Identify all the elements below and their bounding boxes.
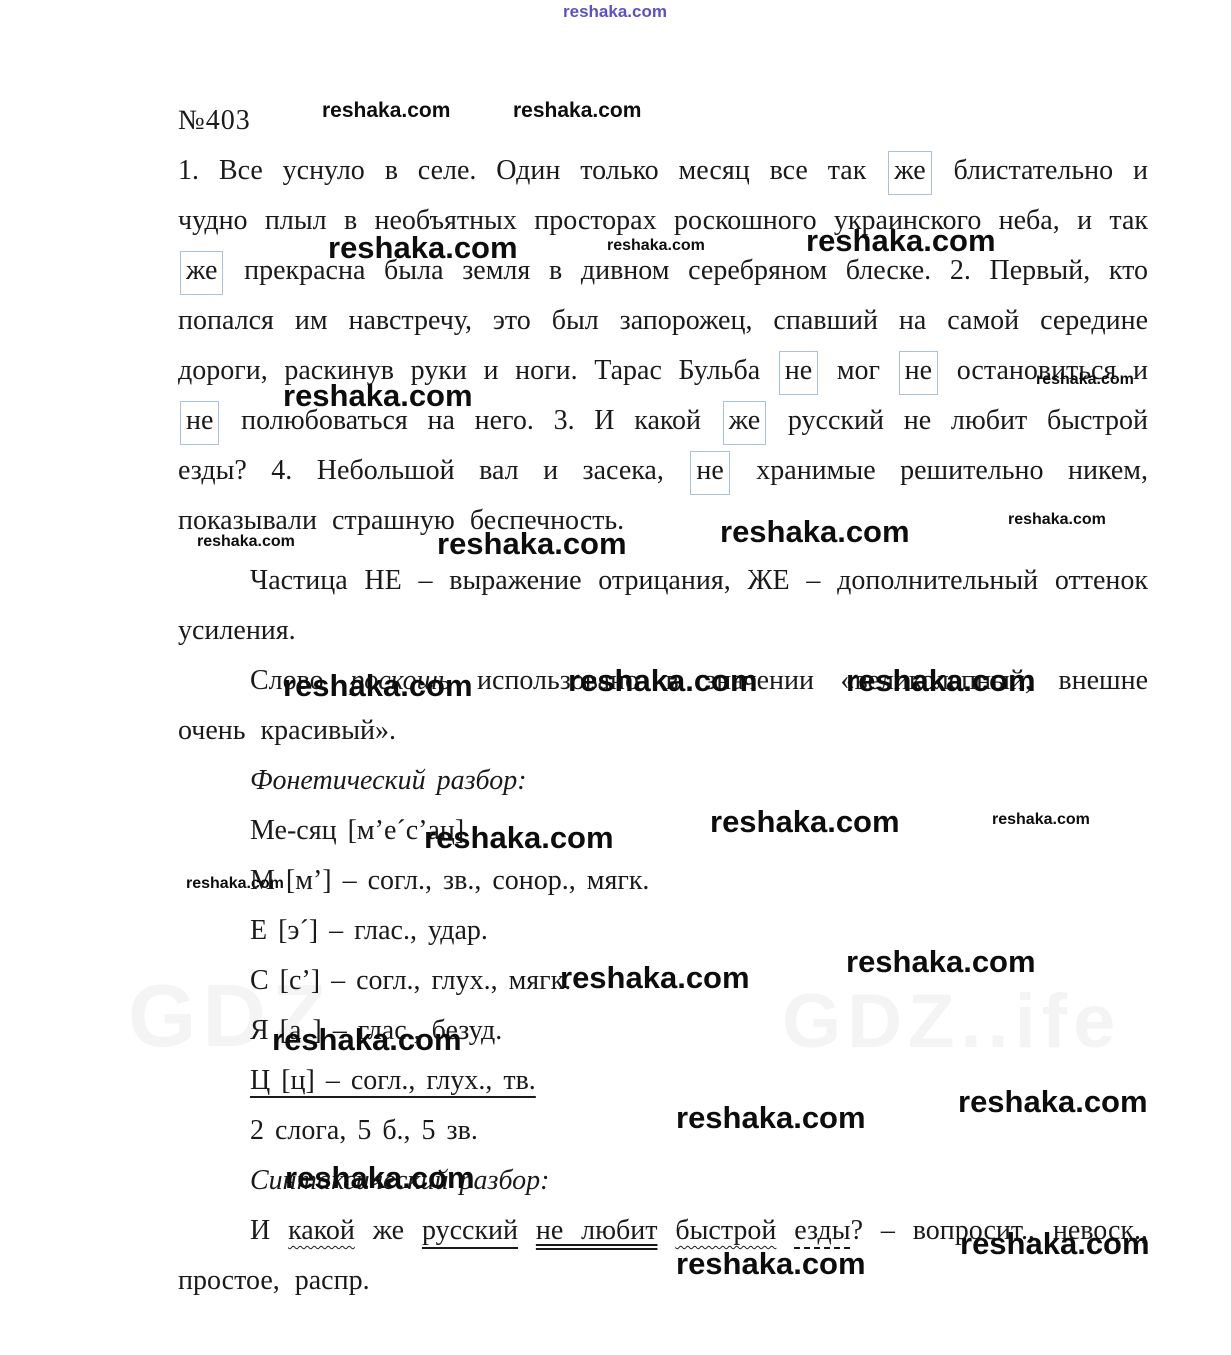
document-page: GDZGDZ..ife №403 1. Все уснуло в селе. О…: [0, 0, 1231, 1355]
underlined-word-wavy: быстрой: [675, 1215, 776, 1246]
word-meaning: Слово роскошь использовано в значении «в…: [178, 656, 1148, 756]
syllable-count-line: 2 слога, 5 б., 5 зв.: [178, 1106, 1148, 1156]
boxed-particle: же: [180, 251, 223, 295]
phonetic-line-ts-text: Ц [ц] – согл., глух., тв.: [250, 1065, 536, 1096]
text-segment: Слово: [250, 665, 350, 696]
underlined-word-dashed: езды: [794, 1215, 850, 1246]
text-segment: [518, 1215, 536, 1246]
text-segment: [776, 1215, 794, 1246]
boxed-particle: не: [899, 351, 938, 395]
boxed-particle: же: [888, 151, 931, 195]
text-segment: И: [250, 1215, 288, 1246]
phonetic-line-ya: Я [а ] – глас., безуд.: [178, 1006, 1148, 1056]
boxed-particle: не: [180, 401, 219, 445]
text-segment: остановиться и: [940, 355, 1148, 386]
text-segment: мог: [820, 355, 896, 386]
boxed-particle: не: [779, 351, 818, 395]
syntactic-heading: Синтаксический разбор:: [178, 1156, 1148, 1206]
underlined-word-solid: русский: [422, 1215, 518, 1246]
document-content: №403 1. Все уснуло в селе. Один только м…: [0, 0, 1231, 1355]
syntactic-sentence: И какой же русский не любит быстрой езды…: [178, 1206, 1148, 1306]
phonetic-line-ts: Ц [ц] – согл., глух., тв.: [178, 1056, 1148, 1106]
text-segment: [657, 1215, 675, 1246]
phonetic-line-m: М [м’] – согл., зв., сонор., мягк.: [178, 856, 1148, 906]
text-segment: же: [355, 1215, 422, 1246]
italic-word: роскошь: [350, 665, 450, 696]
exercise-number: №403: [178, 96, 1148, 146]
boxed-particle: же: [723, 401, 766, 445]
particles-explanation: Частица НЕ – выражение отрицания, ЖЕ – д…: [178, 556, 1148, 656]
phonetic-line-s: С [с’] – согл., глух., мягк.: [178, 956, 1148, 1006]
underlined-word-wavy: какой: [288, 1215, 355, 1246]
phonetic-word-transcription: Ме-сяц [м’е´с’ац]: [178, 806, 1148, 856]
phonetic-heading: Фонетический разбор:: [178, 756, 1148, 806]
exercise-sentences: 1. Все уснуло в селе. Один только месяц …: [178, 146, 1148, 546]
text-segment: полюбоваться на него. 3. И какой: [221, 405, 720, 436]
underlined-word-double: не любит: [536, 1215, 658, 1246]
text-segment: 1. Все уснуло в селе. Один только месяц …: [178, 155, 886, 186]
boxed-particle: не: [690, 451, 729, 495]
phonetic-line-e: Е [э´] – глас., удар.: [178, 906, 1148, 956]
